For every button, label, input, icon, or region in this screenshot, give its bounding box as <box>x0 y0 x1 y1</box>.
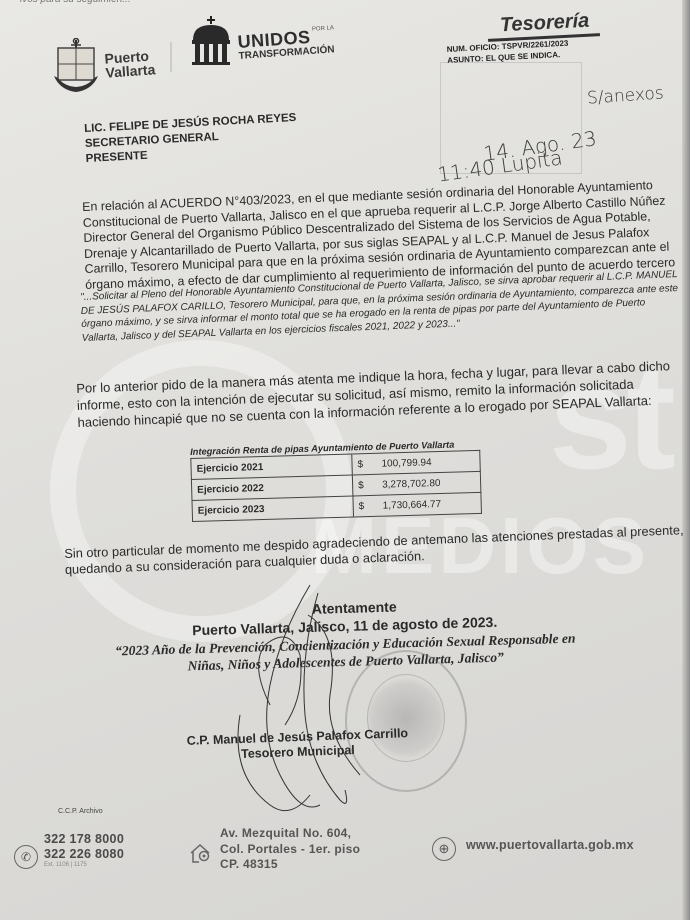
address-line-1: Av. Mezquital No. 604, <box>220 826 360 842</box>
amount-value: 100,799.94 <box>381 457 431 469</box>
globe-icon: ⊕ <box>432 837 456 861</box>
official-seal-stamp <box>345 650 467 792</box>
table-cell-year: Ejercicio 2023 <box>192 496 354 521</box>
previous-page-remnant: ivos para su seguimien... <box>20 0 131 5</box>
currency-symbol: $ <box>359 500 383 512</box>
footer-website-link[interactable]: www.puertovallarta.gob.mx <box>466 838 634 852</box>
logo-pv-line2: Vallarta <box>105 62 156 79</box>
expense-table: Integración Renta de pipas Ayuntamiento … <box>190 439 487 522</box>
handwritten-anexos-note: S/anexos <box>586 83 664 108</box>
unidos-dome-icon <box>190 16 232 66</box>
home-location-icon <box>189 843 211 863</box>
body-paragraph-2: Por lo anterior pido de la manera más at… <box>76 357 678 431</box>
expense-table-grid: Ejercicio 2021$100,799.94Ejercicio 2022$… <box>190 450 482 522</box>
amount-value: 1,730,664.77 <box>383 499 442 512</box>
recipient-block: LIC. FELIPE DE JESÚS ROCHA REYES SECRETA… <box>84 111 298 167</box>
currency-symbol: $ <box>358 479 382 491</box>
page-edge-shadow <box>682 0 690 920</box>
table-cell-amount: $1,730,664.77 <box>353 492 482 517</box>
currency-symbol: $ <box>357 458 381 470</box>
unidos-small: POR LA <box>312 25 334 33</box>
ccp-note: C.C.P. Archivo <box>58 808 103 815</box>
puerto-vallarta-logo-text: Puerto Vallarta <box>104 48 156 79</box>
address-line-2: Col. Portales - 1er. piso <box>220 842 360 858</box>
body-paragraph-3: Sin otro particular de momento me despid… <box>64 522 685 578</box>
logo-divider <box>170 42 172 72</box>
address-line-3: CP. 48315 <box>220 857 360 873</box>
phone-2: 322 226 8080 <box>44 847 124 862</box>
whatsapp-phone-icon: ✆ <box>14 845 38 869</box>
closing-block: Atentamente Puerto Vallarta, Jalisco, 11… <box>59 592 631 678</box>
footer-phones: 322 178 8000 322 226 8080 Ext. 1106 | 11… <box>44 832 124 868</box>
phone-extensions: Ext. 1106 | 1175 <box>44 862 124 868</box>
phone-1: 322 178 8000 <box>44 832 124 847</box>
document-page: ivos para su seguimien... st MEDIOS Puer… <box>0 0 690 920</box>
unidos-logo-text: UNIDOSPOR LA TRANSFORMACIÓN <box>237 25 336 62</box>
puerto-vallarta-crest-icon <box>52 38 100 94</box>
watermark-text: st <box>549 330 670 503</box>
footer-address: Av. Mezquital No. 604, Col. Portales - 1… <box>220 826 360 873</box>
department-title: Tesorería <box>499 10 589 38</box>
amount-value: 3,278,702.80 <box>382 478 441 491</box>
